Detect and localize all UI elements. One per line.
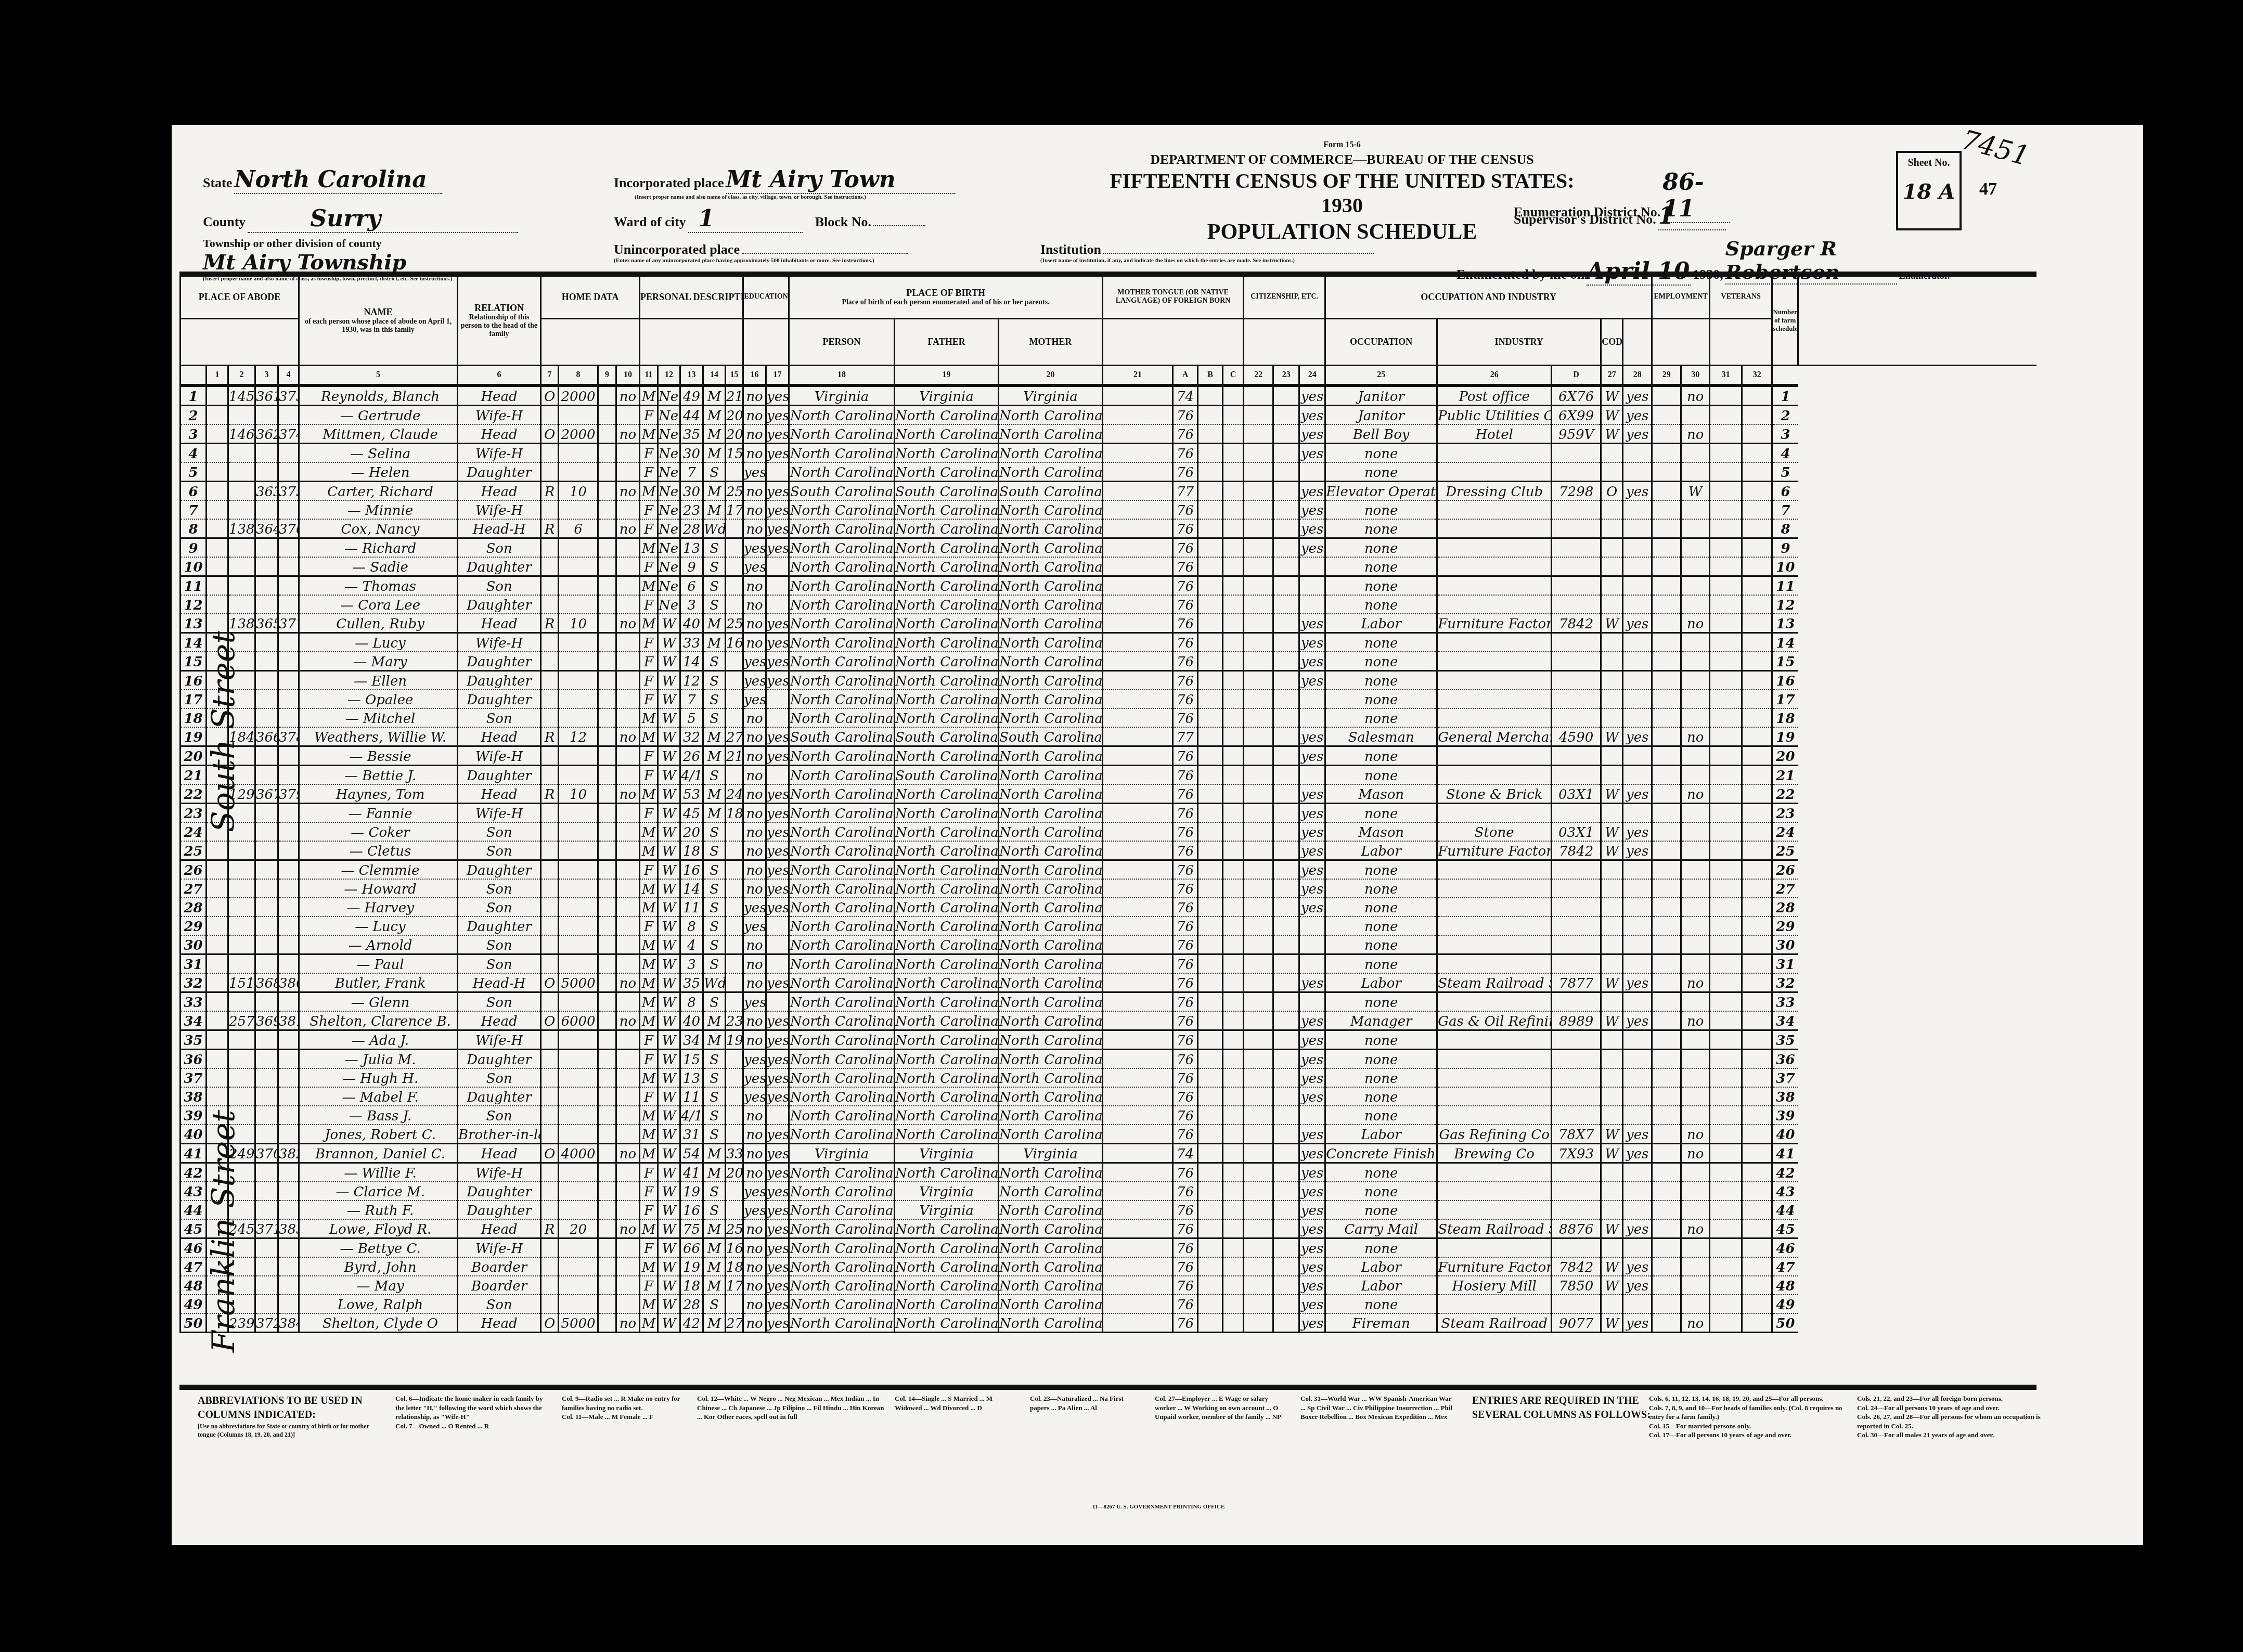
- cell-fam[interactable]: [278, 954, 299, 973]
- cell-unemp[interactable]: [1652, 954, 1681, 973]
- cell-mar[interactable]: S: [703, 670, 726, 690]
- cell-dw[interactable]: [255, 462, 278, 482]
- cell-read[interactable]: yes: [766, 1313, 789, 1333]
- cell-work[interactable]: yes: [1623, 424, 1652, 444]
- cell-vet[interactable]: [1681, 954, 1710, 973]
- cell-blankStreet[interactable]: [207, 481, 228, 500]
- cell-mar[interactable]: S: [703, 462, 726, 482]
- cell-name[interactable]: Shelton, Clyde O: [299, 1313, 458, 1333]
- cell-fam[interactable]: 378: [278, 727, 299, 746]
- cell-codeD[interactable]: [1552, 690, 1601, 708]
- cell-occ[interactable]: none: [1325, 917, 1437, 935]
- cell-vet[interactable]: [1681, 992, 1710, 1011]
- cell-read[interactable]: yes: [766, 898, 789, 917]
- cell-dw[interactable]: [255, 405, 278, 424]
- cell-codeB[interactable]: [1198, 1068, 1223, 1087]
- cell-tongue[interactable]: [1103, 1143, 1173, 1163]
- cell-work[interactable]: [1623, 1068, 1652, 1087]
- cell-eng[interactable]: [1299, 708, 1325, 727]
- cell-age[interactable]: 18: [680, 1276, 703, 1295]
- cell-bpm[interactable]: Virginia: [999, 1143, 1103, 1163]
- cell-codeB[interactable]: [1198, 765, 1223, 784]
- cell-codeA[interactable]: 76: [1173, 1106, 1198, 1125]
- cell-work[interactable]: yes: [1623, 481, 1652, 500]
- cell-name[interactable]: — Bettye C.: [299, 1238, 458, 1257]
- cell-own[interactable]: [541, 1201, 559, 1219]
- cell-farm[interactable]: [616, 746, 640, 765]
- cell-name[interactable]: Lowe, Ralph: [299, 1295, 458, 1313]
- cell-work[interactable]: [1623, 1295, 1652, 1313]
- cell-race[interactable]: W: [658, 1219, 680, 1238]
- cell-codeC[interactable]: [1223, 652, 1244, 671]
- cell-cls[interactable]: W: [1601, 822, 1623, 841]
- cell-own[interactable]: [541, 462, 559, 482]
- cell-age[interactable]: 20: [680, 822, 703, 841]
- cell-val[interactable]: [559, 954, 598, 973]
- cell-bpm[interactable]: North Carolina: [999, 595, 1103, 614]
- cell-radio[interactable]: [598, 841, 616, 860]
- cell-occ[interactable]: none: [1325, 765, 1437, 784]
- cell-vet[interactable]: [1681, 708, 1710, 727]
- cell-name[interactable]: — Bass J.: [299, 1106, 458, 1125]
- cell-sch[interactable]: no: [743, 633, 766, 652]
- cell-tongue[interactable]: [1103, 727, 1173, 746]
- cell-codeA[interactable]: 76: [1173, 935, 1198, 954]
- cell-race[interactable]: W: [658, 746, 680, 765]
- cell-war[interactable]: [1710, 481, 1742, 500]
- cell-bp[interactable]: North Carolina: [789, 879, 895, 898]
- cell-age[interactable]: 33: [680, 633, 703, 652]
- cell-bp[interactable]: North Carolina: [789, 443, 895, 462]
- cell-work[interactable]: yes: [1623, 1257, 1652, 1276]
- cell-work[interactable]: [1623, 1106, 1652, 1125]
- cell-mar[interactable]: S: [703, 765, 726, 784]
- cell-sch[interactable]: no: [743, 385, 766, 406]
- cell-unemp[interactable]: [1652, 1049, 1681, 1068]
- cell-unemp[interactable]: [1652, 898, 1681, 917]
- cell-bp[interactable]: North Carolina: [789, 633, 895, 652]
- cell-house[interactable]: [228, 1087, 255, 1106]
- cell-codeC[interactable]: [1223, 1068, 1244, 1087]
- cell-bp[interactable]: North Carolina: [789, 538, 895, 557]
- cell-val[interactable]: [559, 405, 598, 424]
- cell-fam[interactable]: [278, 1295, 299, 1313]
- cell-age[interactable]: 9: [680, 557, 703, 576]
- cell-val[interactable]: [559, 462, 598, 482]
- cell-val[interactable]: [559, 935, 598, 954]
- cell-farm[interactable]: [616, 500, 640, 519]
- cell-occ[interactable]: none: [1325, 992, 1437, 1011]
- cell-val[interactable]: [559, 917, 598, 935]
- cell-work[interactable]: [1623, 500, 1652, 519]
- cell-tongue[interactable]: [1103, 784, 1173, 804]
- cell-cls[interactable]: [1601, 1049, 1623, 1068]
- cell-tongue[interactable]: [1103, 424, 1173, 444]
- cell-codeD[interactable]: 7X93: [1552, 1143, 1601, 1163]
- cell-codeA[interactable]: 76: [1173, 879, 1198, 898]
- cell-house[interactable]: [228, 538, 255, 557]
- cell-codeD[interactable]: 7850: [1552, 1276, 1601, 1295]
- cell-eng[interactable]: yes: [1299, 424, 1325, 444]
- cell-bp[interactable]: North Carolina: [789, 1257, 895, 1276]
- cell-bpm[interactable]: North Carolina: [999, 424, 1103, 444]
- cell-agem[interactable]: 25: [726, 1219, 743, 1238]
- cell-val[interactable]: [559, 1125, 598, 1144]
- cell-read[interactable]: yes: [766, 822, 789, 841]
- cell-dw[interactable]: 364: [255, 519, 278, 538]
- cell-cls[interactable]: [1601, 935, 1623, 954]
- cell-farmno[interactable]: [1742, 405, 1772, 424]
- cell-eng[interactable]: [1299, 576, 1325, 595]
- cell-sex[interactable]: M: [640, 1143, 658, 1163]
- cell-own[interactable]: [541, 1087, 559, 1106]
- cell-codeC[interactable]: [1223, 1182, 1244, 1201]
- cell-race[interactable]: W: [658, 1068, 680, 1087]
- cell-fam[interactable]: [278, 898, 299, 917]
- cell-ind[interactable]: Public Utilities Co: [1437, 405, 1552, 424]
- cell-agem[interactable]: [726, 860, 743, 879]
- cell-ind[interactable]: Post office: [1437, 385, 1552, 406]
- cell-age[interactable]: 23: [680, 500, 703, 519]
- cell-codeB[interactable]: [1198, 1125, 1223, 1144]
- cell-race[interactable]: W: [658, 1313, 680, 1333]
- cell-bpm[interactable]: North Carolina: [999, 1106, 1103, 1125]
- cell-age[interactable]: 40: [680, 1011, 703, 1030]
- cell-race[interactable]: W: [658, 1087, 680, 1106]
- cell-sch[interactable]: no: [743, 879, 766, 898]
- cell-age[interactable]: 28: [680, 1295, 703, 1313]
- cell-read[interactable]: yes: [766, 879, 789, 898]
- cell-age[interactable]: 15: [680, 1049, 703, 1068]
- cell-radio[interactable]: [598, 860, 616, 879]
- cell-fam[interactable]: [278, 1106, 299, 1125]
- cell-read[interactable]: yes: [766, 538, 789, 557]
- cell-bp[interactable]: North Carolina: [789, 595, 895, 614]
- cell-codeA[interactable]: 76: [1173, 424, 1198, 444]
- cell-nat[interactable]: [1273, 879, 1299, 898]
- cell-work[interactable]: [1623, 633, 1652, 652]
- cell-bpf[interactable]: North Carolina: [895, 1068, 999, 1087]
- cell-vet[interactable]: [1681, 538, 1710, 557]
- cell-mar[interactable]: M: [703, 424, 726, 444]
- cell-rel[interactable]: Head: [458, 727, 541, 746]
- cell-eng[interactable]: yes: [1299, 519, 1325, 538]
- cell-sch[interactable]: no: [743, 1219, 766, 1238]
- cell-read[interactable]: yes: [766, 1295, 789, 1313]
- cell-radio[interactable]: [598, 1106, 616, 1125]
- cell-agem[interactable]: [726, 935, 743, 954]
- cell-race[interactable]: W: [658, 898, 680, 917]
- cell-sex[interactable]: F: [640, 462, 658, 482]
- cell-farmno[interactable]: [1742, 500, 1772, 519]
- cell-val[interactable]: [559, 1087, 598, 1106]
- cell-vet[interactable]: no: [1681, 973, 1710, 992]
- cell-imm[interactable]: [1244, 519, 1273, 538]
- cell-occ[interactable]: Salesman: [1325, 727, 1437, 746]
- cell-farm[interactable]: [616, 443, 640, 462]
- cell-rel[interactable]: Daughter: [458, 690, 541, 708]
- cell-name[interactable]: — Julia M.: [299, 1049, 458, 1068]
- cell-eng[interactable]: yes: [1299, 652, 1325, 671]
- cell-bpf[interactable]: North Carolina: [895, 519, 999, 538]
- cell-war[interactable]: [1710, 1049, 1742, 1068]
- cell-rel[interactable]: Wife-H: [458, 746, 541, 765]
- cell-codeD[interactable]: [1552, 708, 1601, 727]
- cell-codeB[interactable]: [1198, 803, 1223, 822]
- cell-age[interactable]: 32: [680, 727, 703, 746]
- cell-race[interactable]: W: [658, 1201, 680, 1219]
- cell-bpf[interactable]: North Carolina: [895, 841, 999, 860]
- cell-cls[interactable]: [1601, 1068, 1623, 1087]
- cell-rel[interactable]: Son: [458, 992, 541, 1011]
- cell-farmno[interactable]: [1742, 633, 1772, 652]
- cell-bpm[interactable]: North Carolina: [999, 519, 1103, 538]
- cell-work[interactable]: yes: [1623, 822, 1652, 841]
- cell-ind[interactable]: [1437, 1068, 1552, 1087]
- cell-mar[interactable]: M: [703, 1313, 726, 1333]
- cell-house[interactable]: 138: [228, 519, 255, 538]
- cell-own[interactable]: [541, 500, 559, 519]
- cell-sch[interactable]: no: [743, 595, 766, 614]
- cell-codeB[interactable]: [1198, 841, 1223, 860]
- cell-unemp[interactable]: [1652, 1087, 1681, 1106]
- cell-work[interactable]: [1623, 708, 1652, 727]
- cell-codeC[interactable]: [1223, 879, 1244, 898]
- cell-codeA[interactable]: 76: [1173, 954, 1198, 973]
- cell-dw[interactable]: [255, 1182, 278, 1201]
- cell-bpf[interactable]: North Carolina: [895, 1276, 999, 1295]
- cell-sex[interactable]: F: [640, 670, 658, 690]
- cell-codeD[interactable]: [1552, 670, 1601, 690]
- cell-farm[interactable]: [616, 898, 640, 917]
- cell-mar[interactable]: M: [703, 803, 726, 822]
- cell-sex[interactable]: F: [640, 1049, 658, 1068]
- cell-farm[interactable]: [616, 690, 640, 708]
- cell-farmno[interactable]: [1742, 1030, 1772, 1049]
- cell-bp[interactable]: North Carolina: [789, 973, 895, 992]
- cell-name[interactable]: — Clarice M.: [299, 1182, 458, 1201]
- cell-ind[interactable]: [1437, 746, 1552, 765]
- cell-agem[interactable]: [726, 595, 743, 614]
- cell-sex[interactable]: M: [640, 385, 658, 406]
- cell-work[interactable]: [1623, 443, 1652, 462]
- cell-occ[interactable]: Concrete Finisher: [1325, 1143, 1437, 1163]
- cell-ind[interactable]: [1437, 652, 1552, 671]
- cell-codeB[interactable]: [1198, 1106, 1223, 1125]
- cell-sex[interactable]: M: [640, 1295, 658, 1313]
- cell-sch[interactable]: no: [743, 803, 766, 822]
- cell-agem[interactable]: 16: [726, 1238, 743, 1257]
- cell-radio[interactable]: [598, 954, 616, 973]
- cell-imm[interactable]: [1244, 841, 1273, 860]
- cell-race[interactable]: W: [658, 1011, 680, 1030]
- cell-own[interactable]: [541, 576, 559, 595]
- cell-sex[interactable]: M: [640, 538, 658, 557]
- cell-imm[interactable]: [1244, 803, 1273, 822]
- cell-val[interactable]: 6000: [559, 1011, 598, 1030]
- cell-dw[interactable]: [255, 690, 278, 708]
- cell-read[interactable]: yes: [766, 1257, 789, 1276]
- cell-sch[interactable]: no: [743, 1276, 766, 1295]
- cell-radio[interactable]: [598, 917, 616, 935]
- cell-codeA[interactable]: 74: [1173, 385, 1198, 406]
- cell-cls[interactable]: [1601, 1163, 1623, 1182]
- cell-vet[interactable]: [1681, 1163, 1710, 1182]
- cell-codeC[interactable]: [1223, 405, 1244, 424]
- cell-bp[interactable]: North Carolina: [789, 803, 895, 822]
- cell-bpf[interactable]: North Carolina: [895, 538, 999, 557]
- cell-ind[interactable]: [1437, 992, 1552, 1011]
- cell-bpm[interactable]: North Carolina: [999, 898, 1103, 917]
- cell-eng[interactable]: yes: [1299, 898, 1325, 917]
- cell-eng[interactable]: yes: [1299, 1087, 1325, 1106]
- cell-radio[interactable]: [598, 614, 616, 633]
- cell-bpm[interactable]: North Carolina: [999, 670, 1103, 690]
- cell-imm[interactable]: [1244, 898, 1273, 917]
- cell-house[interactable]: [228, 443, 255, 462]
- cell-farm[interactable]: [616, 1182, 640, 1201]
- cell-imm[interactable]: [1244, 1201, 1273, 1219]
- cell-unemp[interactable]: [1652, 708, 1681, 727]
- cell-val[interactable]: [559, 443, 598, 462]
- cell-war[interactable]: [1710, 1219, 1742, 1238]
- cell-farmno[interactable]: [1742, 1257, 1772, 1276]
- cell-dw[interactable]: [255, 1238, 278, 1257]
- cell-occ[interactable]: none: [1325, 576, 1437, 595]
- cell-eng[interactable]: [1299, 765, 1325, 784]
- cell-val[interactable]: [559, 803, 598, 822]
- cell-fam[interactable]: [278, 841, 299, 860]
- cell-farm[interactable]: [616, 1276, 640, 1295]
- cell-house[interactable]: [228, 1030, 255, 1049]
- cell-name[interactable]: — Thomas: [299, 576, 458, 595]
- cell-agem[interactable]: 25: [726, 481, 743, 500]
- cell-ind[interactable]: [1437, 670, 1552, 690]
- cell-read[interactable]: yes: [766, 1011, 789, 1030]
- cell-blankStreet[interactable]: [207, 595, 228, 614]
- cell-name[interactable]: — Mary: [299, 652, 458, 671]
- cell-cls[interactable]: [1601, 443, 1623, 462]
- cell-fam[interactable]: [278, 935, 299, 954]
- cell-farmno[interactable]: [1742, 822, 1772, 841]
- cell-agem[interactable]: [726, 1125, 743, 1144]
- cell-read[interactable]: yes: [766, 1068, 789, 1087]
- cell-bpf[interactable]: North Carolina: [895, 917, 999, 935]
- cell-war[interactable]: [1710, 557, 1742, 576]
- cell-dw[interactable]: 369: [255, 1011, 278, 1030]
- cell-bpf[interactable]: North Carolina: [895, 954, 999, 973]
- cell-codeA[interactable]: 76: [1173, 822, 1198, 841]
- cell-occ[interactable]: none: [1325, 443, 1437, 462]
- cell-dw[interactable]: [255, 917, 278, 935]
- cell-nat[interactable]: [1273, 1011, 1299, 1030]
- cell-sch[interactable]: no: [743, 1295, 766, 1313]
- cell-sex[interactable]: M: [640, 727, 658, 746]
- cell-war[interactable]: [1710, 1295, 1742, 1313]
- cell-vet[interactable]: [1681, 405, 1710, 424]
- cell-age[interactable]: 14: [680, 652, 703, 671]
- cell-mar[interactable]: M: [703, 500, 726, 519]
- cell-war[interactable]: [1710, 614, 1742, 633]
- cell-read[interactable]: yes: [766, 443, 789, 462]
- cell-own[interactable]: R: [541, 614, 559, 633]
- cell-nat[interactable]: [1273, 917, 1299, 935]
- cell-fam[interactable]: [278, 992, 299, 1011]
- cell-mar[interactable]: S: [703, 898, 726, 917]
- ward-value[interactable]: 1: [688, 205, 803, 233]
- cell-rel[interactable]: Wife-H: [458, 443, 541, 462]
- cell-race[interactable]: Neg: [658, 424, 680, 444]
- cell-race[interactable]: W: [658, 1049, 680, 1068]
- cell-nat[interactable]: [1273, 576, 1299, 595]
- cell-codeB[interactable]: [1198, 519, 1223, 538]
- cell-codeC[interactable]: [1223, 954, 1244, 973]
- cell-vet[interactable]: [1681, 935, 1710, 954]
- cell-codeB[interactable]: [1198, 652, 1223, 671]
- cell-name[interactable]: — Harvey: [299, 898, 458, 917]
- cell-bpm[interactable]: North Carolina: [999, 841, 1103, 860]
- cell-sex[interactable]: M: [640, 1011, 658, 1030]
- cell-nat[interactable]: [1273, 765, 1299, 784]
- cell-codeC[interactable]: [1223, 500, 1244, 519]
- cell-bp[interactable]: North Carolina: [789, 822, 895, 841]
- cell-sch[interactable]: no: [743, 860, 766, 879]
- cell-codeB[interactable]: [1198, 614, 1223, 633]
- cell-ind[interactable]: [1437, 557, 1552, 576]
- cell-eng[interactable]: yes: [1299, 973, 1325, 992]
- cell-tongue[interactable]: [1103, 917, 1173, 935]
- cell-read[interactable]: [766, 954, 789, 973]
- cell-mar[interactable]: S: [703, 917, 726, 935]
- cell-war[interactable]: [1710, 917, 1742, 935]
- cell-blankStreet[interactable]: [207, 424, 228, 444]
- cell-codeD[interactable]: [1552, 1087, 1601, 1106]
- cell-nat[interactable]: [1273, 841, 1299, 860]
- cell-codeB[interactable]: [1198, 633, 1223, 652]
- cell-unemp[interactable]: [1652, 1201, 1681, 1219]
- cell-val[interactable]: [559, 1049, 598, 1068]
- cell-imm[interactable]: [1244, 917, 1273, 935]
- cell-bp[interactable]: North Carolina: [789, 557, 895, 576]
- cell-agem[interactable]: [726, 652, 743, 671]
- cell-codeD[interactable]: 7842: [1552, 841, 1601, 860]
- cell-read[interactable]: yes: [766, 405, 789, 424]
- cell-codeC[interactable]: [1223, 385, 1244, 406]
- cell-war[interactable]: [1710, 500, 1742, 519]
- cell-vet[interactable]: [1681, 519, 1710, 538]
- cell-work[interactable]: [1623, 1201, 1652, 1219]
- cell-unemp[interactable]: [1652, 1143, 1681, 1163]
- cell-radio[interactable]: [598, 652, 616, 671]
- cell-radio[interactable]: [598, 1313, 616, 1333]
- cell-imm[interactable]: [1244, 1238, 1273, 1257]
- cell-bpf[interactable]: North Carolina: [895, 1163, 999, 1182]
- cell-name[interactable]: — Ellen: [299, 670, 458, 690]
- cell-cls[interactable]: [1601, 557, 1623, 576]
- cell-name[interactable]: Weathers, Willie W.: [299, 727, 458, 746]
- cell-eng[interactable]: yes: [1299, 385, 1325, 406]
- cell-farmno[interactable]: [1742, 670, 1772, 690]
- cell-imm[interactable]: [1244, 405, 1273, 424]
- cell-own[interactable]: [541, 954, 559, 973]
- cell-codeC[interactable]: [1223, 1049, 1244, 1068]
- cell-blankStreet[interactable]: [207, 1087, 228, 1106]
- cell-mar[interactable]: S: [703, 822, 726, 841]
- cell-codeC[interactable]: [1223, 1295, 1244, 1313]
- cell-farm[interactable]: [616, 1125, 640, 1144]
- cell-race[interactable]: W: [658, 690, 680, 708]
- cell-rel[interactable]: Daughter: [458, 595, 541, 614]
